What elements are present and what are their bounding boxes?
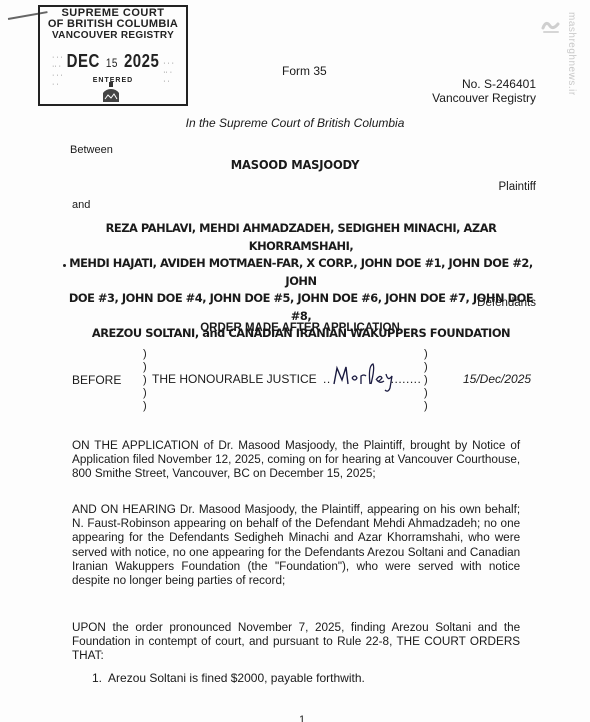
order-item-text: Arezou Soltani is fined $2000, payable f… xyxy=(108,671,365,685)
defendants-line: REZA PAHLAVI, MEHDI AHMADZADEH, SEDIGHEH… xyxy=(68,220,534,255)
and-label: and xyxy=(72,199,90,211)
file-number: No. S-246401 xyxy=(432,77,536,91)
paragraph-application: ON THE APPLICATION of Dr. Masood Masjood… xyxy=(72,438,520,481)
court-name: In the Supreme Court of British Columbia xyxy=(0,116,590,130)
stamp-speckle-left: · · ··· ·· · ·· · xyxy=(52,53,63,89)
stamp-month: DEC xyxy=(67,51,100,71)
before-label: BEFORE xyxy=(72,373,121,387)
registry-name: Vancouver Registry xyxy=(432,91,536,105)
defendants-line: DOE #3, JOHN DOE #4, JOHN DOE #5, JOHN D… xyxy=(68,290,534,325)
paragraph-upon-order: UPON the order pronounced November 7, 20… xyxy=(72,620,520,663)
defendants-role: Defendants xyxy=(477,297,536,309)
plaintiff-role: Plaintiff xyxy=(498,181,536,193)
justice-signature: Morley xyxy=(330,358,400,394)
watermark-text: mashreghnews.ir xyxy=(566,12,577,96)
between-label: Between xyxy=(70,144,113,156)
bracket-column-right: ) ) ) ) ) xyxy=(424,348,428,413)
court-crest-icon xyxy=(100,81,122,103)
order-date: 15/Dec/2025 xyxy=(463,372,531,386)
bracket-column-left: ) ) ) ) ) xyxy=(143,348,147,413)
file-info: No. S-246401 Vancouver Registry xyxy=(432,77,536,105)
stamp-year: 2025 xyxy=(124,51,159,71)
order-item: 1.Arezou Soltani is fined $2000, payable… xyxy=(92,671,365,685)
court-order-document: SUPREME COURT OF BRITISH COLUMBIA VANCOU… xyxy=(0,0,590,722)
page-number: 1 xyxy=(299,714,305,722)
stray-mark xyxy=(63,264,66,267)
defendants-line: MEHDI HAJATI, AVIDEH MOTMAEN-FAR, X CORP… xyxy=(68,255,534,290)
form-number: Form 35 xyxy=(282,64,327,78)
stamp-line-2: OF BRITISH COLUMBIA xyxy=(40,19,186,30)
order-title: ORDER MADE AFTER APPLICATION xyxy=(0,322,590,334)
registry-stamp: SUPREME COURT OF BRITISH COLUMBIA VANCOU… xyxy=(38,5,188,106)
stamp-line-3: VANCOUVER REGISTRY xyxy=(40,30,186,41)
publisher-logo-icon xyxy=(540,16,562,36)
stamp-speckle-right: · · ··· ·· · xyxy=(163,59,174,86)
plaintiff-name: MASOOD MASJOODY xyxy=(24,157,567,172)
paragraph-hearing: AND ON HEARING Dr. Masood Masjoody, the … xyxy=(72,502,520,587)
justice-label: THE HONOURABLE JUSTICE xyxy=(152,372,317,386)
order-item-number: 1. xyxy=(92,671,102,685)
stamp-day: 15 xyxy=(106,57,118,70)
